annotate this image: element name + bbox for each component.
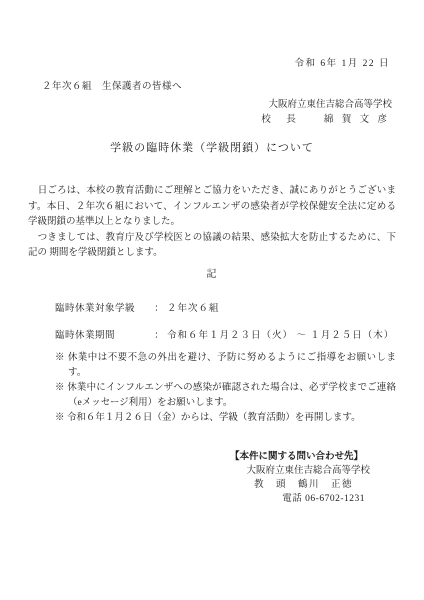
contact-person-name: 教 頭 鶴川 正徳 bbox=[28, 478, 396, 492]
note-item-class-resume: ※ 令和６年１月２６日（金）からは、学級（教育活動）を再開します。 bbox=[28, 411, 396, 426]
detail-value-target-class: ２年次６組 bbox=[167, 303, 220, 316]
contact-block: 【本件に関する問い合わせ先】 大阪府立東住吉総合高等学校 教 頭 鶴川 正徳 電… bbox=[28, 450, 396, 506]
notes-list: ※ 休業中は不要不急の外出を避け、予防に努めるようにご指導をお願いします。 ※ … bbox=[28, 351, 396, 426]
detail-row-target-class: 臨時休業対象学級 ： ２年次６組 bbox=[28, 303, 396, 316]
record-mark: 記 bbox=[28, 268, 396, 281]
contact-phone-number: 電話 06-6702-1231 bbox=[28, 492, 396, 506]
document-title: 学級の臨時休業（学級閉鎖）について bbox=[28, 141, 396, 156]
detail-label-closure-period: 臨時休業期間 bbox=[55, 330, 151, 343]
detail-separator: ： bbox=[151, 330, 167, 343]
detail-row-closure-period: 臨時休業期間 ： 令和６年１月２３日（火） ～ １月２５日（木） bbox=[28, 330, 396, 343]
body-paragraph-1: 日ごろは、本校の教育活動にご理解とご協力をいただき、誠にありがとうございます。本… bbox=[28, 184, 396, 231]
contact-heading: 【本件に関する問い合わせ先】 bbox=[28, 450, 396, 464]
note-item-outing-caution: ※ 休業中は不要不急の外出を避け、予防に努めるようにご指導をお願いします。 bbox=[28, 351, 396, 381]
body-paragraph-2: つきましては、教育庁及び学校医との協議の結果、感染拡大を防止するために、下記の … bbox=[28, 231, 396, 262]
note-item-infection-contact: ※ 休業中にインフルエンザへの感染が確認された場合は、必ず学校までご連絡（eメッ… bbox=[28, 381, 396, 411]
sender-principal-name: 校 長 綿 賀 文 彦 bbox=[28, 114, 396, 127]
document-date: 令和 6年 1月 22 日 bbox=[28, 58, 396, 71]
detail-value-closure-period: 令和６年１月２３日（火） ～ １月２５日（木） bbox=[167, 330, 394, 343]
detail-separator: ： bbox=[151, 303, 167, 316]
document-page: 令和 6年 1月 22 日 ２年次６組 生保護者の皆様へ 大阪府立東住吉総合高等… bbox=[0, 0, 424, 600]
document-content: 令和 6年 1月 22 日 ２年次６組 生保護者の皆様へ 大阪府立東住吉総合高等… bbox=[0, 58, 424, 506]
detail-label-target-class: 臨時休業対象学級 bbox=[55, 303, 151, 316]
contact-school-name: 大阪府立東住吉総合高等学校 bbox=[28, 464, 396, 478]
body-text: 日ごろは、本校の教育活動にご理解とご協力をいただき、誠にありがとうございます。本… bbox=[28, 184, 396, 262]
sender-school-name: 大阪府立東住吉総合高等学校 bbox=[28, 99, 396, 112]
addressee-line: ２年次６組 生保護者の皆様へ bbox=[28, 81, 396, 94]
